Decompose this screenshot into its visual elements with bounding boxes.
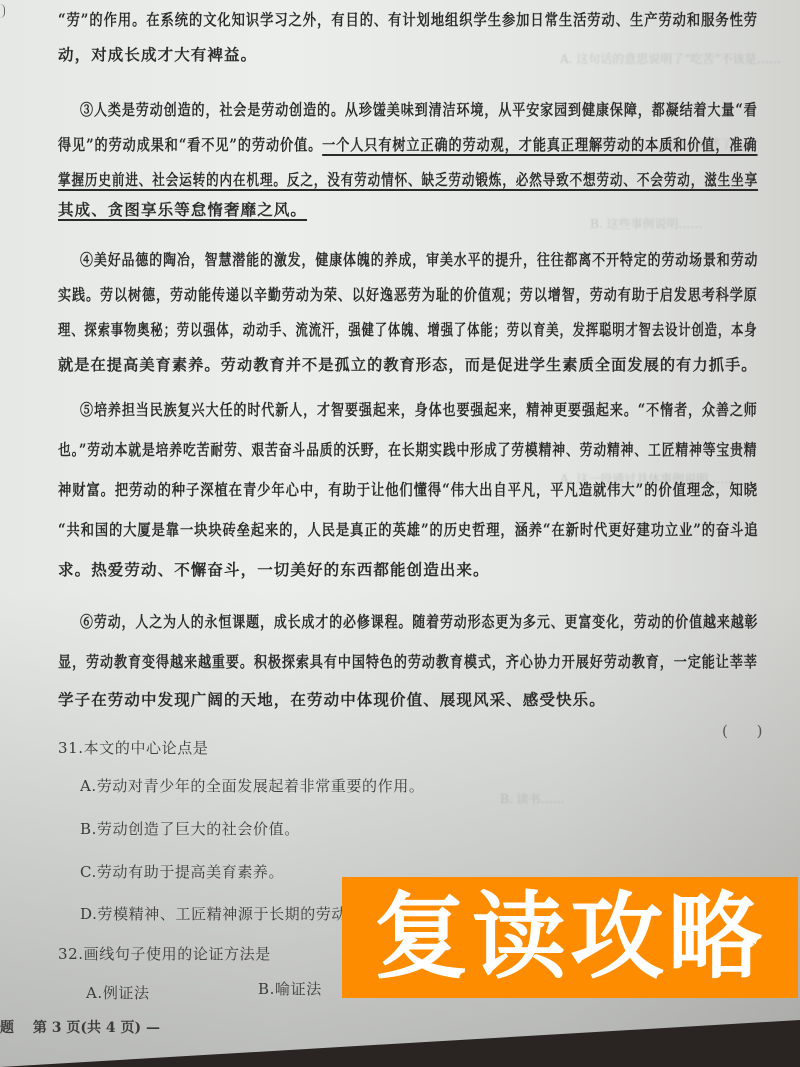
option-label: C. bbox=[80, 863, 97, 881]
option-text: 例证法 bbox=[103, 984, 150, 1002]
watermark-banner: 复读攻略 bbox=[342, 877, 798, 998]
underlined-sentence: 其成、贪图享乐等怠惰奢靡之风。 bbox=[58, 200, 307, 219]
question-31: 31.本文的中心论点是 bbox=[58, 737, 208, 758]
paragraph-6-line: ⑥劳动，人之为人的永恒课题，成长成才的必修课程。随着劳动形态更为多元、更富变化，… bbox=[80, 612, 664, 632]
passage-text: 得见”的劳动成果和“看不见”的劳动价值。 bbox=[58, 135, 322, 154]
paragraph-5-line: ⑤培养担当民族复兴大任的时代新人，才智要强起来，身体也要强起来，精神更要强起来。… bbox=[80, 400, 668, 420]
page-number: 第 3 页(共 4 页) — bbox=[33, 1020, 160, 1036]
watermark-text: 复读攻略 bbox=[374, 891, 766, 985]
option-b[interactable]: B.劳动创造了巨大的社会价值。 bbox=[80, 818, 300, 839]
option-label: A. bbox=[80, 777, 97, 795]
underlined-sentence: 掌握历史前进、社会运转的内在机理。反之，没有劳动情怀、缺乏劳动锻炼，必然导致不想… bbox=[58, 170, 758, 189]
question-32: 32.画线句子使用的论证方法是 bbox=[58, 943, 271, 964]
question-stem: 本文的中心论点是 bbox=[84, 739, 209, 757]
option-a[interactable]: A.例证法 bbox=[86, 982, 150, 1003]
question-stem: 画线句子使用的论证方法是 bbox=[84, 945, 271, 963]
passage-line: 动，对成长成才大有裨益。 bbox=[58, 45, 758, 65]
passage-line: 神财富。把劳动的种子深植在青少年心中，有助于让他们懂得“伟大出自平凡，平凡造就伟… bbox=[58, 480, 658, 500]
option-label: D. bbox=[80, 905, 97, 923]
passage-line: “劳”的作用。在系统的文化知识学习之外，有目的、有计划地组织学生参加日常生活劳动… bbox=[58, 10, 658, 30]
bleed-through-text: B. 读书…… bbox=[500, 790, 564, 807]
passage-line: 理、探索事物奥秘；劳以强体，动动手、流流汗，强健了体魄、增强了体能；劳以育美，发… bbox=[58, 320, 615, 340]
passage-line: 掌握历史前进、社会运转的内在机理。反之，没有劳动情怀、缺乏劳动锻炼，必然导致不想… bbox=[58, 170, 626, 190]
footer-fragment: 题 bbox=[0, 1020, 14, 1036]
option-c[interactable]: C.劳动有助于提高美育素养。 bbox=[80, 861, 284, 882]
option-text: 喻证法 bbox=[275, 980, 322, 998]
passage-line: “共和国的大厦是靠一块块砖垒起来的，人民是真正的英雄”的历史哲理，涵养“在新时代… bbox=[58, 520, 656, 540]
question-number: 31. bbox=[58, 739, 84, 757]
passage-line: 实践。劳以树德，劳动能传递以辛勤劳动为荣、以好逸恶劳为耻的价值观；劳以增智，劳动… bbox=[58, 285, 648, 305]
option-label: B. bbox=[80, 820, 97, 838]
paragraph-4-line: ④美好品德的陶冶，智慧潜能的激发，健康体魄的养成，审美水平的提升，往往都离不开特… bbox=[80, 250, 664, 270]
option-text: 劳模精神、工匠精神源于长期的劳动实 bbox=[97, 905, 362, 923]
passage-line: 其成、贪图享乐等怠惰奢靡之风。 bbox=[58, 200, 758, 220]
option-label: B. bbox=[258, 980, 275, 998]
answer-blank[interactable]: ( ) bbox=[722, 722, 774, 740]
question-number: 32. bbox=[58, 945, 84, 963]
option-text: 劳动对青少年的全面发展起着非常重要的作用。 bbox=[97, 777, 425, 795]
passage-line: 学子在劳动中发现广阔的天地，在劳动中体现价值、展现风采、感受快乐。 bbox=[58, 690, 758, 710]
option-label: A. bbox=[86, 984, 103, 1002]
passage-line: 就是在提高美育素养。劳动教育并不是孤立的教育形态，而是促进学生素质全面发展的有力… bbox=[58, 355, 744, 375]
option-a[interactable]: A.劳动对青少年的全面发展起着非常重要的作用。 bbox=[80, 775, 424, 796]
passage-line: 显，劳动教育变得越来越重要。积极探索具有中国特色的劳动教育模式，齐心协力开展好劳… bbox=[58, 652, 648, 672]
option-d[interactable]: D.劳模精神、工匠精神源于长期的劳动实 bbox=[80, 903, 363, 924]
option-b[interactable]: B.喻证法 bbox=[258, 978, 322, 999]
passage-line: 也。”劳动本就是培养吃苦耐劳、艰苦奋斗品质的沃野，在长期实践中形成了劳模精神、劳… bbox=[58, 440, 635, 460]
option-text: 劳动有助于提高美育素养。 bbox=[97, 863, 284, 881]
passage-line: 得见”的劳动成果和“看不见”的劳动价值。一个人只有树立正确的劳动观，才能真正理解… bbox=[58, 135, 650, 155]
passage-line: 求。热爱劳动、不懈奋斗，一切美好的东西都能创造出来。 bbox=[58, 560, 758, 580]
left-edge-mark bbox=[0, 4, 5, 18]
option-text: 劳动创造了巨大的社会价值。 bbox=[97, 820, 300, 838]
page-footer: 题 第 3 页(共 4 页) — bbox=[0, 1017, 160, 1037]
underlined-sentence: 一个人只有树立正确的劳动观，才能真正理解劳动的本质和价值，准确 bbox=[322, 135, 757, 154]
exam-paper: A. 这句话的意思说明了“吃苦”不该是…… C. 文段通过对……论述，阐述了……… bbox=[0, 0, 800, 1067]
paragraph-3-line: ③人类是劳动创造的，社会是劳动创造的。从珍馐美味到清洁环境，从平安家园到健康保障… bbox=[80, 100, 668, 120]
